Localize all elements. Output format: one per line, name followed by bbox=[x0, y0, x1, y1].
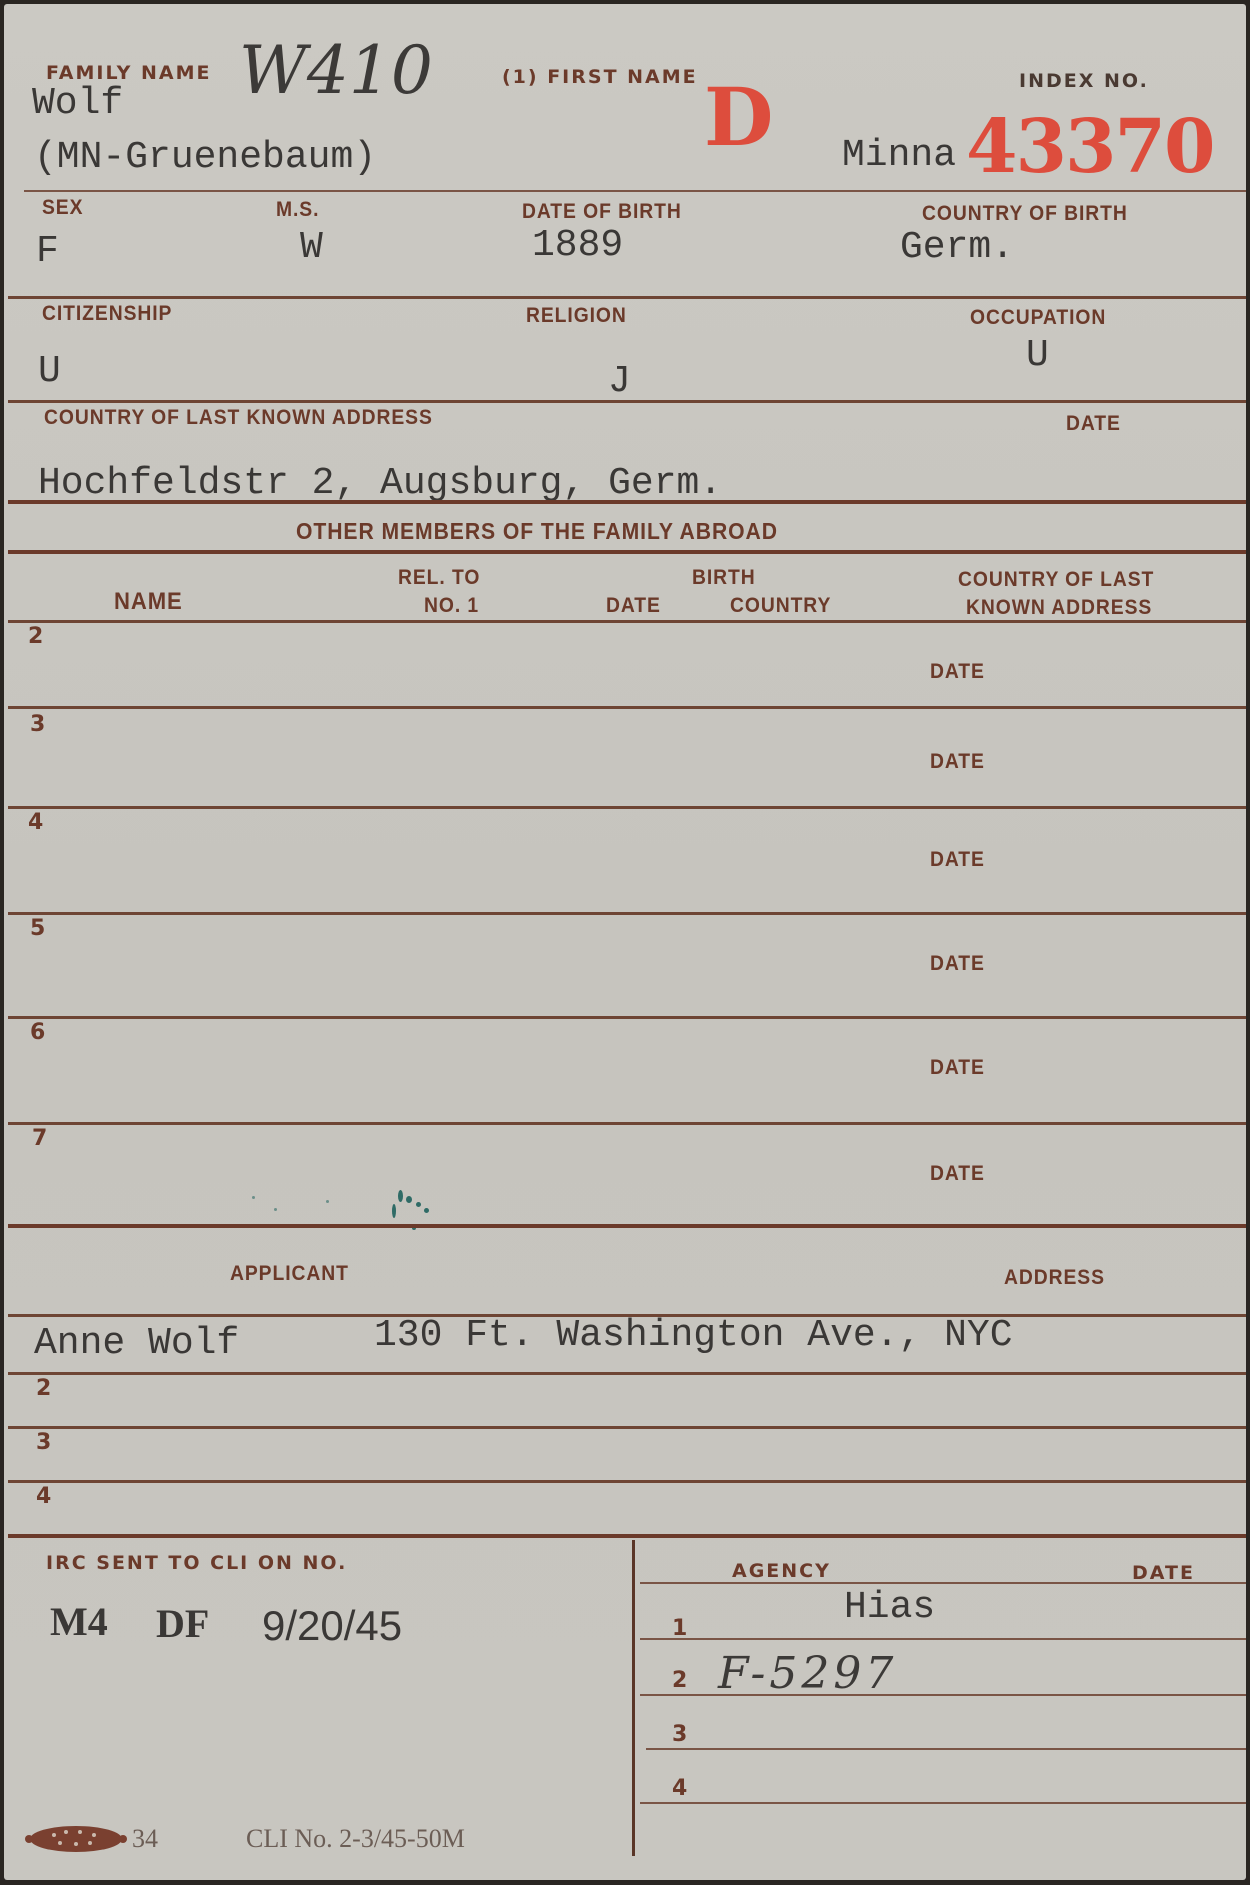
divider bbox=[8, 1372, 1246, 1375]
occupation-label: OCCUPATION bbox=[970, 306, 1106, 330]
date-of-birth-label: DATE OF BIRTH bbox=[522, 200, 682, 224]
index-card: FAMILY NAME W410 Wolf (MN-Gruenebaum) (1… bbox=[4, 4, 1246, 1880]
agency-row-number: 3 bbox=[672, 1722, 687, 1747]
row-number: 6 bbox=[30, 1020, 45, 1045]
maiden-name-value: (MN-Gruenebaum) bbox=[34, 136, 376, 179]
family-name-label: FAMILY NAME bbox=[46, 62, 212, 84]
agency-case-number: F-5297 bbox=[718, 1648, 897, 1699]
ms-label: M.S. bbox=[276, 198, 319, 222]
divider bbox=[646, 1748, 1246, 1750]
divider bbox=[640, 1694, 1246, 1696]
divider bbox=[8, 1480, 1246, 1483]
col-country-last: COUNTRY OF LAST bbox=[958, 568, 1154, 592]
column-divider bbox=[632, 1540, 635, 1856]
irc-code-1: M4 bbox=[50, 1598, 108, 1645]
col-rel-to: REL. TO bbox=[398, 566, 480, 590]
divider bbox=[8, 1016, 1246, 1019]
row-number: 2 bbox=[28, 624, 43, 649]
last-address-label: COUNTRY OF LAST KNOWN ADDRESS bbox=[44, 406, 433, 430]
family-abroad-title: OTHER MEMBERS OF THE FAMILY ABROAD bbox=[296, 518, 778, 545]
col-name: NAME bbox=[114, 588, 183, 616]
row-number: 7 bbox=[32, 1126, 47, 1151]
citizenship-label: CITIZENSHIP bbox=[42, 302, 172, 326]
divider bbox=[8, 500, 1246, 504]
applicant-row-number: 4 bbox=[36, 1484, 51, 1509]
form-number: CLI No. 2-3/45-50M bbox=[246, 1824, 465, 1854]
divider bbox=[24, 190, 1246, 192]
divider bbox=[8, 550, 1246, 554]
col-birth-date: DATE bbox=[606, 594, 661, 618]
divider bbox=[8, 1426, 1246, 1429]
ms-value: W bbox=[300, 226, 323, 269]
applicant-address: 130 Ft. Washington Ave., NYC bbox=[374, 1314, 1013, 1357]
divider bbox=[640, 1638, 1246, 1640]
agency-name: Hias bbox=[844, 1586, 935, 1629]
date-label: DATE bbox=[930, 952, 985, 976]
divider bbox=[8, 1224, 1246, 1228]
divider bbox=[8, 912, 1246, 915]
col-birth: BIRTH bbox=[692, 566, 756, 590]
religion-value: J bbox=[608, 360, 631, 403]
date-label: DATE bbox=[930, 660, 985, 684]
sex-label: SEX bbox=[42, 196, 83, 220]
col-birth-country: COUNTRY bbox=[730, 594, 831, 618]
applicant-label: APPLICANT bbox=[230, 1262, 349, 1286]
sex-value: F bbox=[36, 230, 59, 273]
religion-label: RELIGION bbox=[526, 304, 627, 328]
union-label-number: 34 bbox=[132, 1824, 158, 1854]
date-label: DATE bbox=[930, 750, 985, 774]
last-address-date-label: DATE bbox=[1066, 412, 1121, 436]
irc-date: 9/20/45 bbox=[262, 1602, 402, 1650]
agency-label: AGENCY bbox=[732, 1560, 831, 1582]
divider bbox=[8, 706, 1246, 709]
irc-code-2: DF bbox=[156, 1600, 209, 1647]
country-of-birth-value: Germ. bbox=[900, 226, 1014, 269]
date-label: DATE bbox=[930, 1056, 985, 1080]
d-stamp: D bbox=[704, 70, 773, 164]
applicant-name: Anne Wolf bbox=[34, 1322, 239, 1365]
agency-date-label: DATE bbox=[1132, 1562, 1195, 1584]
family-name-value: Wolf bbox=[32, 82, 123, 125]
divider bbox=[640, 1802, 1246, 1804]
row-number: 3 bbox=[30, 712, 45, 737]
occupation-value: U bbox=[1026, 334, 1049, 377]
date-of-birth-value: 1889 bbox=[532, 224, 623, 267]
agency-row-number: 2 bbox=[672, 1668, 687, 1693]
date-label: DATE bbox=[930, 1162, 985, 1186]
applicant-row-number: 3 bbox=[36, 1430, 51, 1455]
applicant-address-label: ADDRESS bbox=[1004, 1266, 1105, 1290]
index-no-stamp: 43370 bbox=[966, 104, 1213, 190]
family-name-handwritten-code: W410 bbox=[239, 32, 433, 109]
index-no-label: INDEX NO. bbox=[1019, 70, 1149, 92]
divider bbox=[640, 1582, 1246, 1584]
union-label-icon bbox=[24, 1822, 128, 1856]
row-number: 5 bbox=[30, 916, 45, 941]
country-of-birth-label: COUNTRY OF BIRTH bbox=[922, 202, 1128, 226]
first-name-value: Minna bbox=[842, 134, 956, 177]
row-number: 4 bbox=[28, 810, 43, 835]
divider bbox=[8, 400, 1246, 403]
divider bbox=[8, 1534, 1246, 1538]
irc-label: IRC SENT TO CLI ON NO. bbox=[46, 1552, 347, 1574]
divider bbox=[8, 296, 1246, 299]
applicant-row-number: 2 bbox=[36, 1376, 51, 1401]
last-address-value: Hochfeldstr 2, Augsburg, Germ. bbox=[38, 462, 722, 505]
divider bbox=[8, 620, 1246, 623]
agency-row-number: 4 bbox=[672, 1776, 687, 1801]
citizenship-value: U bbox=[38, 350, 61, 393]
col-no-1: NO. 1 bbox=[424, 594, 479, 618]
divider bbox=[8, 806, 1246, 809]
date-label: DATE bbox=[930, 848, 985, 872]
first-name-label: (1) FIRST NAME bbox=[502, 66, 698, 88]
divider bbox=[8, 1122, 1246, 1125]
col-known-address: KNOWN ADDRESS bbox=[966, 596, 1152, 620]
